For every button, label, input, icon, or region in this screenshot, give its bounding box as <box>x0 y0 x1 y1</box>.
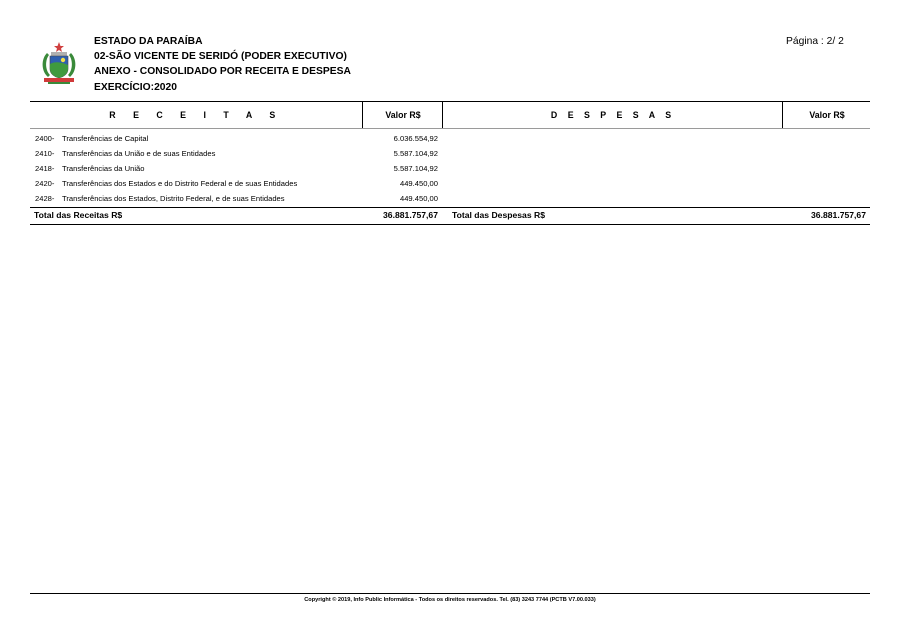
total-despesas-label: Total das Despesas R$ <box>452 208 545 223</box>
column-header-despesas: D E S P E S A S <box>442 102 783 128</box>
receitas-rows: 2400- Transferências de Capital 6.036.55… <box>30 129 870 206</box>
table-row: 2410- Transferências da União e de suas … <box>30 146 870 161</box>
table-row: 2400- Transferências de Capital 6.036.55… <box>30 131 870 146</box>
totals-row: Total das Receitas R$ 36.881.757,67 Tota… <box>30 207 870 225</box>
table-row: 2428- Transferências dos Estados, Distri… <box>30 191 870 206</box>
state-name: ESTADO DA PARAÍBA <box>94 34 351 49</box>
report-header: ESTADO DA PARAÍBA 02-SÃO VICENTE DE SERI… <box>94 34 351 95</box>
row-code: 2410- <box>35 146 54 161</box>
row-value: 449.450,00 <box>400 176 438 191</box>
report-title: ANEXO - CONSOLIDADO POR RECEITA E DESPES… <box>94 64 351 79</box>
coat-of-arms-icon <box>38 41 80 87</box>
column-header-valor-receitas: Valor R$ <box>362 102 443 128</box>
row-description: Transferências de Capital <box>62 131 148 146</box>
row-description: Transferências da União e de suas Entida… <box>62 146 215 161</box>
total-receitas-value: 36.881.757,67 <box>383 208 438 223</box>
table-row: 2418- Transferências da União 5.587.104,… <box>30 161 870 176</box>
column-header-receitas: R E C E I T A S <box>30 102 362 128</box>
row-value: 5.587.104,92 <box>394 146 438 161</box>
footer-divider <box>30 593 870 594</box>
row-value: 5.587.104,92 <box>394 161 438 176</box>
row-code: 2428- <box>35 191 54 206</box>
table-header: R E C E I T A S Valor R$ D E S P E S A S… <box>30 101 870 129</box>
column-header-valor-despesas: Valor R$ <box>782 102 871 128</box>
row-description: Transferências dos Estados, Distrito Fed… <box>62 191 285 206</box>
revenue-expense-table: R E C E I T A S Valor R$ D E S P E S A S… <box>30 101 870 225</box>
row-code: 2418- <box>35 161 54 176</box>
row-value: 6.036.554,92 <box>394 131 438 146</box>
row-code: 2420- <box>35 176 54 191</box>
row-value: 449.450,00 <box>400 191 438 206</box>
footer-copyright: Copyright © 2019, Info Public Informátic… <box>0 597 900 603</box>
table-row: 2420- Transferências dos Estados e do Di… <box>30 176 870 191</box>
total-receitas-label: Total das Receitas R$ <box>34 208 122 223</box>
row-description: Transferências dos Estados e do Distrito… <box>62 176 297 191</box>
row-description: Transferências da União <box>62 161 144 176</box>
row-code: 2400- <box>35 131 54 146</box>
exercise-year: EXERCÍCIO:2020 <box>94 80 351 95</box>
total-despesas-value: 36.881.757,67 <box>811 208 866 223</box>
page-number: Página : 2/ 2 <box>786 36 844 47</box>
entity-name: 02-SÃO VICENTE DE SERIDÓ (PODER EXECUTIV… <box>94 49 351 64</box>
